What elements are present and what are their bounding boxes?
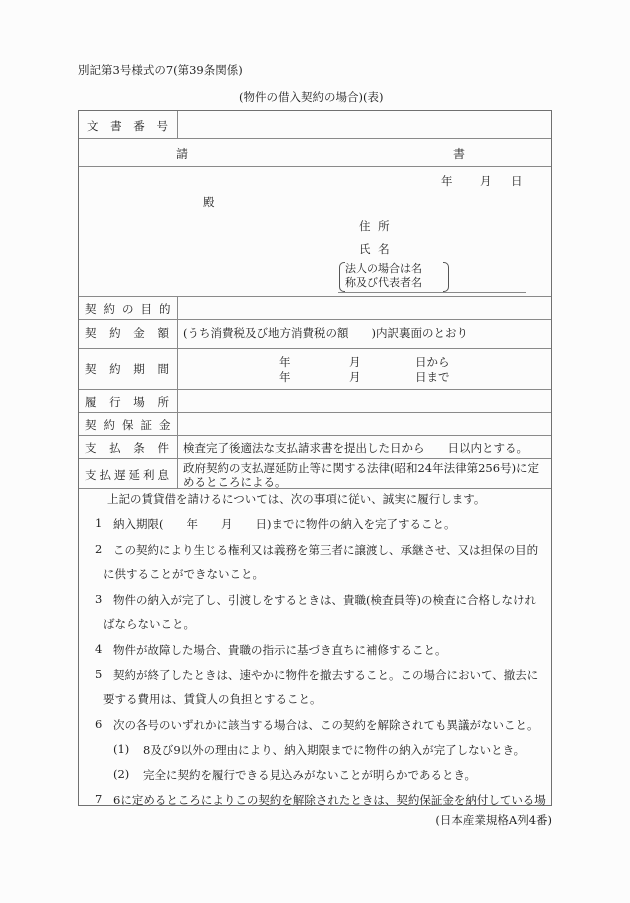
corp-note-line1: 法人の場合は名	[345, 262, 422, 276]
date-year[interactable]: 年	[441, 173, 453, 189]
signature-line	[338, 292, 526, 293]
term-6-num: 6	[95, 717, 102, 731]
divider	[79, 166, 551, 167]
row-label-amount: 契 約 金 額	[85, 325, 169, 341]
divider	[79, 458, 551, 459]
term-1-num: 1	[95, 516, 102, 530]
term-1-text: 納入期限( 年 月 日)までに物件の納入を完了すること。	[113, 516, 455, 532]
term-3-num: 3	[95, 592, 102, 606]
period-from-year[interactable]: 年	[279, 354, 291, 370]
date-day[interactable]: 日	[511, 173, 523, 189]
divider	[79, 296, 551, 297]
term-4-num: 4	[95, 642, 102, 656]
payment-value: 検査完了後適法な支払請求書を提出した日から 日以内とする。	[183, 440, 528, 456]
addressee-suffix: 殿	[203, 194, 215, 210]
row-label-purpose: 契約の目的	[85, 301, 178, 317]
date-month[interactable]: 月	[480, 173, 492, 189]
period-from-month[interactable]: 月	[349, 354, 361, 370]
column-divider	[177, 111, 178, 138]
doc-number-label: 文 書 番 号	[87, 118, 168, 134]
divider	[79, 389, 551, 390]
doc-number-field[interactable]	[183, 118, 543, 134]
corp-note-line2: 称及び代表者名	[345, 276, 422, 290]
deposit-field[interactable]	[183, 417, 543, 433]
term-7-num: 7	[95, 792, 102, 806]
period-to-month[interactable]: 月	[349, 369, 361, 385]
place-field[interactable]	[183, 394, 543, 410]
term-2-text: この契約により生じる権利又は義務を第三者に譲渡し、承継させ、又は担保の目的	[113, 542, 538, 558]
term-4-text: 物件が故障した場合、貴職の指示に基づき直ちに補修すること。	[113, 642, 447, 658]
paper-size-note: (日本産業規格A列4番)	[435, 812, 552, 828]
name-label: 氏 名	[359, 241, 390, 257]
terms-intro: 上記の賃貸借を請けるについては、次の事項に従い、誠実に履行します。	[107, 491, 485, 507]
divider	[79, 435, 551, 436]
divider	[79, 348, 551, 349]
address-label: 住 所	[359, 218, 390, 234]
column-divider	[177, 296, 178, 488]
contract-form: 文 書 番 号 請 書 年 月 日 殿 住 所 氏 名 法人の場合は名 称及び代…	[78, 110, 552, 806]
term-6-sub1-text: 8及び9以外の理由により、納入期限までに物件の納入が完了しないとき。	[143, 742, 525, 758]
row-label-deposit: 契約保証金	[85, 417, 178, 433]
term-6-sub2-text: 完全に契約を履行できる見込みがないことが明らかであるとき。	[143, 767, 476, 783]
term-2-num: 2	[95, 542, 102, 556]
divider	[79, 319, 551, 320]
period-to-day[interactable]: 日まで	[415, 369, 450, 385]
term-5-text: 契約が終了したときは、速やかに物件を撤去すること。この場合において、撤去に	[113, 667, 538, 683]
form-id: 別記第3号様式の7(第39条関係)	[78, 62, 243, 78]
term-6-text: 次の各号のいずれかに該当する場合は、この契約を解除されても異議がないこと。	[113, 717, 539, 733]
amount-value[interactable]: (うち消費税及び地方消費税の額 )内訳裏面のとおり	[183, 325, 468, 341]
row-label-period: 契 約 期 間	[85, 361, 169, 377]
term-7-text: 6に定めるところによりこの契約を解除されたときは、契約保証金を納付している場	[113, 792, 546, 808]
divider	[79, 138, 551, 139]
row-label-place: 履 行 場 所	[85, 394, 169, 410]
period-to-year[interactable]: 年	[279, 369, 291, 385]
period-from-day[interactable]: 日から	[415, 354, 450, 370]
term-3-text: 物件の納入が完了し、引渡しをするときは、貴職(検査員等)の検査に合格しなけれ	[113, 592, 536, 608]
term-5-num: 5	[95, 667, 102, 681]
title-right: 書	[453, 145, 465, 162]
purpose-field[interactable]	[183, 301, 543, 317]
term-6-sub2-num: (2)	[113, 767, 129, 781]
term-6-sub1-num: (1)	[113, 742, 129, 756]
term-5-text-cont: 要する費用は、賃貸人の負担とすること。	[103, 691, 322, 707]
form-subtitle: (物件の借入契約の場合)(表)	[239, 89, 383, 105]
title-left: 請	[176, 145, 188, 162]
divider	[79, 412, 551, 413]
divider	[79, 488, 551, 489]
late-interest-line2: めるところによる。	[183, 474, 287, 490]
row-label-payment: 支 払 条 件	[85, 440, 169, 456]
row-label-late-interest: 支払遅延利息	[85, 467, 172, 483]
term-2-text-cont: に供することができないこと。	[103, 566, 264, 582]
term-3-text-cont: ばならないこと。	[103, 616, 195, 632]
